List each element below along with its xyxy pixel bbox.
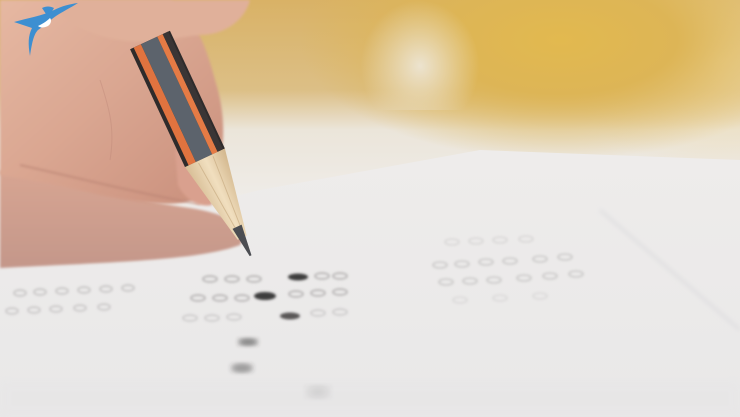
filled-bubble: [280, 313, 300, 320]
filled-bubble: [238, 338, 258, 346]
filled-bubble: [288, 274, 308, 281]
photo-illustration: [0, 0, 740, 417]
filled-bubble: [231, 363, 253, 373]
bird-logo-icon: [10, 0, 82, 62]
photo: [0, 0, 740, 417]
filled-bubble: [254, 292, 276, 300]
